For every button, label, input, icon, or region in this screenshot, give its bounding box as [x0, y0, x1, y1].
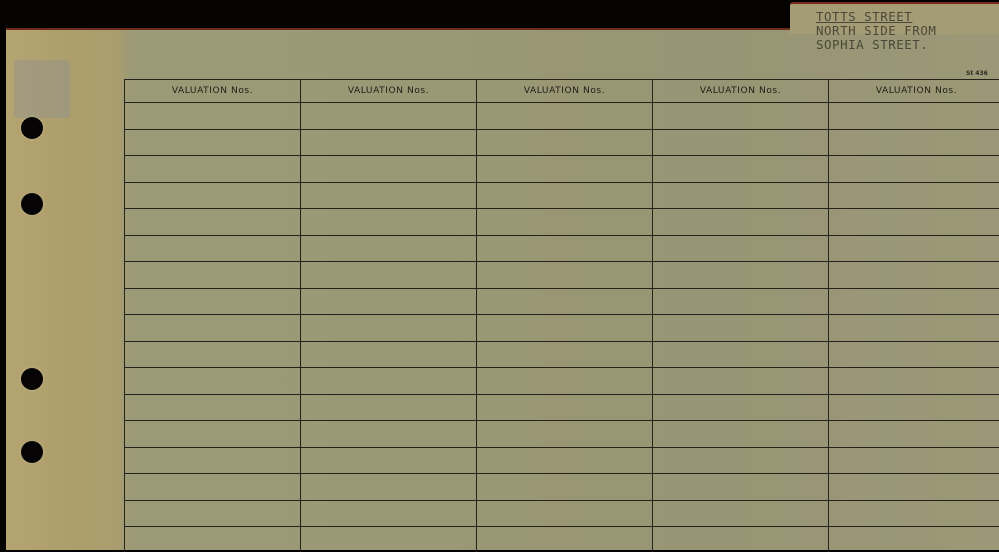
- valuation-cell: [653, 394, 829, 421]
- punch-hole-icon: [21, 441, 43, 463]
- valuation-cell: [829, 394, 999, 421]
- table-row: [125, 315, 999, 342]
- table-row: [125, 447, 999, 474]
- table-row: [125, 421, 999, 448]
- valuation-cell: [477, 368, 653, 395]
- valuation-cell: [301, 368, 477, 395]
- valuation-cell: [477, 182, 653, 209]
- valuation-cell: [653, 500, 829, 527]
- table-row: [125, 103, 999, 130]
- table-row: [125, 235, 999, 262]
- valuation-cell: [125, 527, 301, 552]
- valuation-cell: [829, 421, 999, 448]
- valuation-cell: [301, 500, 477, 527]
- valuation-cell: [653, 129, 829, 156]
- valuation-cell: [301, 182, 477, 209]
- table-row: [125, 156, 999, 183]
- table-row: [125, 209, 999, 236]
- valuation-cell: [125, 235, 301, 262]
- valuation-cell: [653, 474, 829, 501]
- table-row: [125, 368, 999, 395]
- valuation-cell: [125, 129, 301, 156]
- valuation-cell: [829, 129, 999, 156]
- stamp-from-street: SOPHIA STREET.: [816, 38, 936, 52]
- table-row: [125, 474, 999, 501]
- valuation-cell: [477, 262, 653, 289]
- column-header: VALUATION Nos.: [125, 80, 301, 103]
- table-row: [125, 262, 999, 289]
- valuation-cell: [829, 235, 999, 262]
- valuation-cell: [125, 447, 301, 474]
- valuation-cell: [829, 500, 999, 527]
- valuation-cell: [125, 288, 301, 315]
- table-row: [125, 341, 999, 368]
- valuation-cell: [301, 394, 477, 421]
- valuation-cell: [477, 421, 653, 448]
- valuation-cell: [653, 103, 829, 130]
- punch-hole-icon: [21, 193, 43, 215]
- stamp-street-name: TOTTS STREET: [816, 10, 936, 24]
- valuation-cell: [125, 156, 301, 183]
- table-row: [125, 527, 999, 552]
- table-row: [125, 182, 999, 209]
- table-row: [125, 394, 999, 421]
- valuation-cell: [301, 447, 477, 474]
- valuation-cell: [477, 500, 653, 527]
- valuation-cell: [125, 368, 301, 395]
- valuation-cell: [653, 235, 829, 262]
- valuation-cell: [653, 209, 829, 236]
- header-row: VALUATION Nos. VALUATION Nos. VALUATION …: [125, 80, 999, 103]
- valuation-cell: [125, 394, 301, 421]
- column-header: VALUATION Nos.: [829, 80, 999, 103]
- table-row: [125, 288, 999, 315]
- valuation-cell: [829, 288, 999, 315]
- valuation-cell: [829, 209, 999, 236]
- valuation-cell: [477, 474, 653, 501]
- stamp-side: NORTH SIDE FROM: [816, 24, 936, 38]
- column-header: VALUATION Nos.: [301, 80, 477, 103]
- valuation-cell: [653, 368, 829, 395]
- valuation-cell: [477, 315, 653, 342]
- valuation-cell: [125, 315, 301, 342]
- valuation-cell: [477, 447, 653, 474]
- valuation-cell: [653, 341, 829, 368]
- valuation-cell: [653, 288, 829, 315]
- column-header: VALUATION Nos.: [477, 80, 653, 103]
- valuation-cell: [829, 182, 999, 209]
- valuation-cell: [477, 527, 653, 552]
- valuation-cell: [125, 500, 301, 527]
- valuation-cell: [125, 182, 301, 209]
- punch-hole-icon: [21, 117, 43, 139]
- valuation-cell: [125, 103, 301, 130]
- valuation-cell: [301, 527, 477, 552]
- valuation-cell: [477, 394, 653, 421]
- valuation-cell: [301, 235, 477, 262]
- valuation-cell: [477, 129, 653, 156]
- valuation-cell: [301, 315, 477, 342]
- valuation-cell: [653, 156, 829, 183]
- punch-hole-icon: [21, 368, 43, 390]
- valuation-cell: [301, 474, 477, 501]
- valuation-cell: [125, 262, 301, 289]
- valuation-cell: [477, 103, 653, 130]
- valuation-cell: [477, 288, 653, 315]
- valuation-cell: [301, 288, 477, 315]
- valuation-cell: [829, 103, 999, 130]
- valuation-cell: [653, 527, 829, 552]
- valuation-cell: [829, 474, 999, 501]
- form-number: St 436: [966, 70, 988, 77]
- valuation-cell: [301, 421, 477, 448]
- valuation-cell: [477, 209, 653, 236]
- valuation-cell: [829, 527, 999, 552]
- valuation-cell: [829, 341, 999, 368]
- valuation-cell: [301, 103, 477, 130]
- valuation-cell: [653, 447, 829, 474]
- blue-ink-stain: [14, 60, 70, 118]
- valuation-cell: [653, 182, 829, 209]
- valuation-cell: [653, 421, 829, 448]
- table-row: [125, 500, 999, 527]
- valuation-cell: [301, 129, 477, 156]
- table-row: [125, 129, 999, 156]
- valuation-cell: [477, 156, 653, 183]
- address-stamp: TOTTS STREET NORTH SIDE FROM SOPHIA STRE…: [816, 10, 936, 52]
- valuation-cell: [301, 341, 477, 368]
- valuation-cell: [829, 156, 999, 183]
- valuation-cell: [653, 315, 829, 342]
- valuation-cell: [829, 368, 999, 395]
- valuation-cell: [301, 209, 477, 236]
- valuation-cell: [477, 341, 653, 368]
- valuation-cell: [653, 262, 829, 289]
- valuation-ledger-table: VALUATION Nos. VALUATION Nos. VALUATION …: [124, 79, 999, 552]
- valuation-cell: [301, 262, 477, 289]
- valuation-cell: [125, 209, 301, 236]
- valuation-cell: [829, 447, 999, 474]
- column-header: VALUATION Nos.: [653, 80, 829, 103]
- valuation-cell: [125, 474, 301, 501]
- valuation-cell: [477, 235, 653, 262]
- valuation-cell: [125, 421, 301, 448]
- valuation-cell: [301, 156, 477, 183]
- valuation-cell: [829, 262, 999, 289]
- valuation-cell: [829, 315, 999, 342]
- valuation-cell: [125, 341, 301, 368]
